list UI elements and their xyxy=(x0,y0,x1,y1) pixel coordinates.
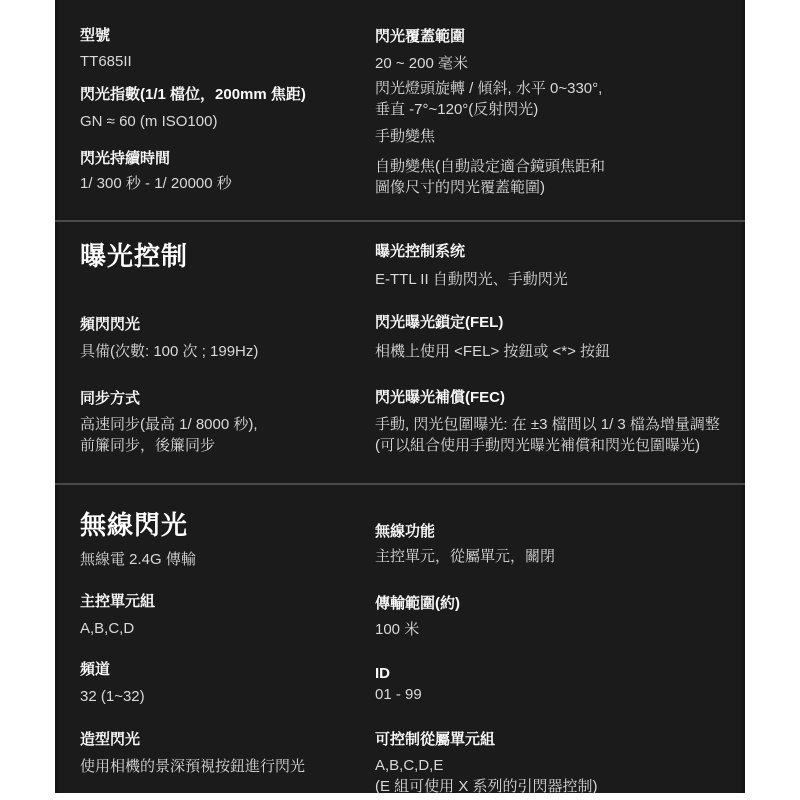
spec-value: 主控單元，從屬單元，關閉 xyxy=(375,546,555,567)
spec-label: 曝光控制系统 xyxy=(375,241,465,262)
spec-label: 無線功能 xyxy=(375,521,435,542)
spec-value: 100 米 xyxy=(375,619,419,640)
section-heading-exposure: 曝光控制 xyxy=(80,240,188,272)
spec-value: A,B,C,D,E (E 組可使用 X 系列的引閃器控制) xyxy=(375,755,598,797)
spec-value-line: 手動, 閃光包圍曝光: 在 ±3 檔間以 1/ 3 檔為增量調整 xyxy=(375,414,720,435)
spec-label: ID xyxy=(375,663,390,684)
spec-value: 手動, 閃光包圍曝光: 在 ±3 檔間以 1/ 3 檔為增量調整 (可以組合使用… xyxy=(375,414,720,456)
spec-value: 手動變焦 xyxy=(375,126,435,147)
spec-value-line: 閃光燈頭旋轉 / 傾斜, 水平 0~330°, xyxy=(375,78,602,99)
spec-value-line: A,B,C,D,E xyxy=(375,755,598,776)
section-heading-wireless: 無線閃光 xyxy=(80,509,188,541)
spec-value: 1/ 300 秒 - 1/ 20000 秒 xyxy=(80,173,232,194)
spec-label: 可控制從屬單元組 xyxy=(375,729,495,750)
spec-label: 型號 xyxy=(80,25,110,46)
spec-value: GN ≈ 60 (m ISO100) xyxy=(80,111,217,132)
spec-value: 32 (1~32) xyxy=(80,686,145,707)
spec-label: 頻道 xyxy=(80,659,110,680)
spec-value-line: 圖像尺寸的閃光覆蓋範圍) xyxy=(375,177,605,198)
spec-value-line: 垂直 -7°~120°(反射閃光) xyxy=(375,99,602,120)
spec-value: 閃光燈頭旋轉 / 傾斜, 水平 0~330°, 垂直 -7°~120°(反射閃光… xyxy=(375,78,602,120)
spec-label: 閃光持續時間 xyxy=(80,148,170,169)
spec-value-line: (E 組可使用 X 系列的引閃器控制) xyxy=(375,776,598,797)
spec-label: 頻閃閃光 xyxy=(80,314,140,335)
spec-value-line: 高速同步(最高 1/ 8000 秒), xyxy=(80,414,258,435)
spec-value: 使用相機的景深預視按鈕進行閃光 xyxy=(80,756,305,777)
spec-label: 閃光指數(1/1 檔位，200mm 焦距) xyxy=(80,84,306,105)
spec-value-line: 自動變焦(自動設定適合鏡頭焦距和 xyxy=(375,156,605,177)
spec-label: 閃光覆蓋範圍 xyxy=(375,26,465,47)
spec-sheet-card: 型號 TT685II 閃光指數(1/1 檔位，200mm 焦距) GN ≈ 60… xyxy=(55,0,745,793)
spec-label: 閃光曝光鎖定(FEL) xyxy=(375,312,503,333)
spec-label: 主控單元組 xyxy=(80,591,155,612)
spec-label: 造型閃光 xyxy=(80,729,140,750)
spec-value: A,B,C,D xyxy=(80,618,134,639)
section-subtitle: 無線電 2.4G 傳輸 xyxy=(80,549,196,570)
spec-value: 20 ~ 200 毫米 xyxy=(375,53,468,74)
spec-label: 傳輸範圍(約) xyxy=(375,593,460,614)
spec-value: 具備(次數: 100 次 ; 199Hz) xyxy=(80,341,258,362)
spec-value: 01 - 99 xyxy=(375,684,422,705)
spec-value: 相機上使用 <FEL> 按鈕或 <*> 按鈕 xyxy=(375,341,610,362)
spec-label: 閃光曝光補償(FEC) xyxy=(375,387,505,408)
spec-value-line: (可以組合使用手動閃光曝光補償和閃光包圍曝光) xyxy=(375,435,720,456)
spec-value: 自動變焦(自動設定適合鏡頭焦距和 圖像尺寸的閃光覆蓋範圍) xyxy=(375,156,605,198)
spec-value-line: 前簾同步，後簾同步 xyxy=(80,435,258,456)
spec-label: 同步方式 xyxy=(80,388,140,409)
section-divider xyxy=(55,220,745,222)
spec-value: E-TTL II 自動閃光、手動閃光 xyxy=(375,269,568,290)
section-divider xyxy=(55,483,745,485)
spec-value: TT685II xyxy=(80,51,132,72)
spec-value: 高速同步(最高 1/ 8000 秒), 前簾同步，後簾同步 xyxy=(80,414,258,456)
